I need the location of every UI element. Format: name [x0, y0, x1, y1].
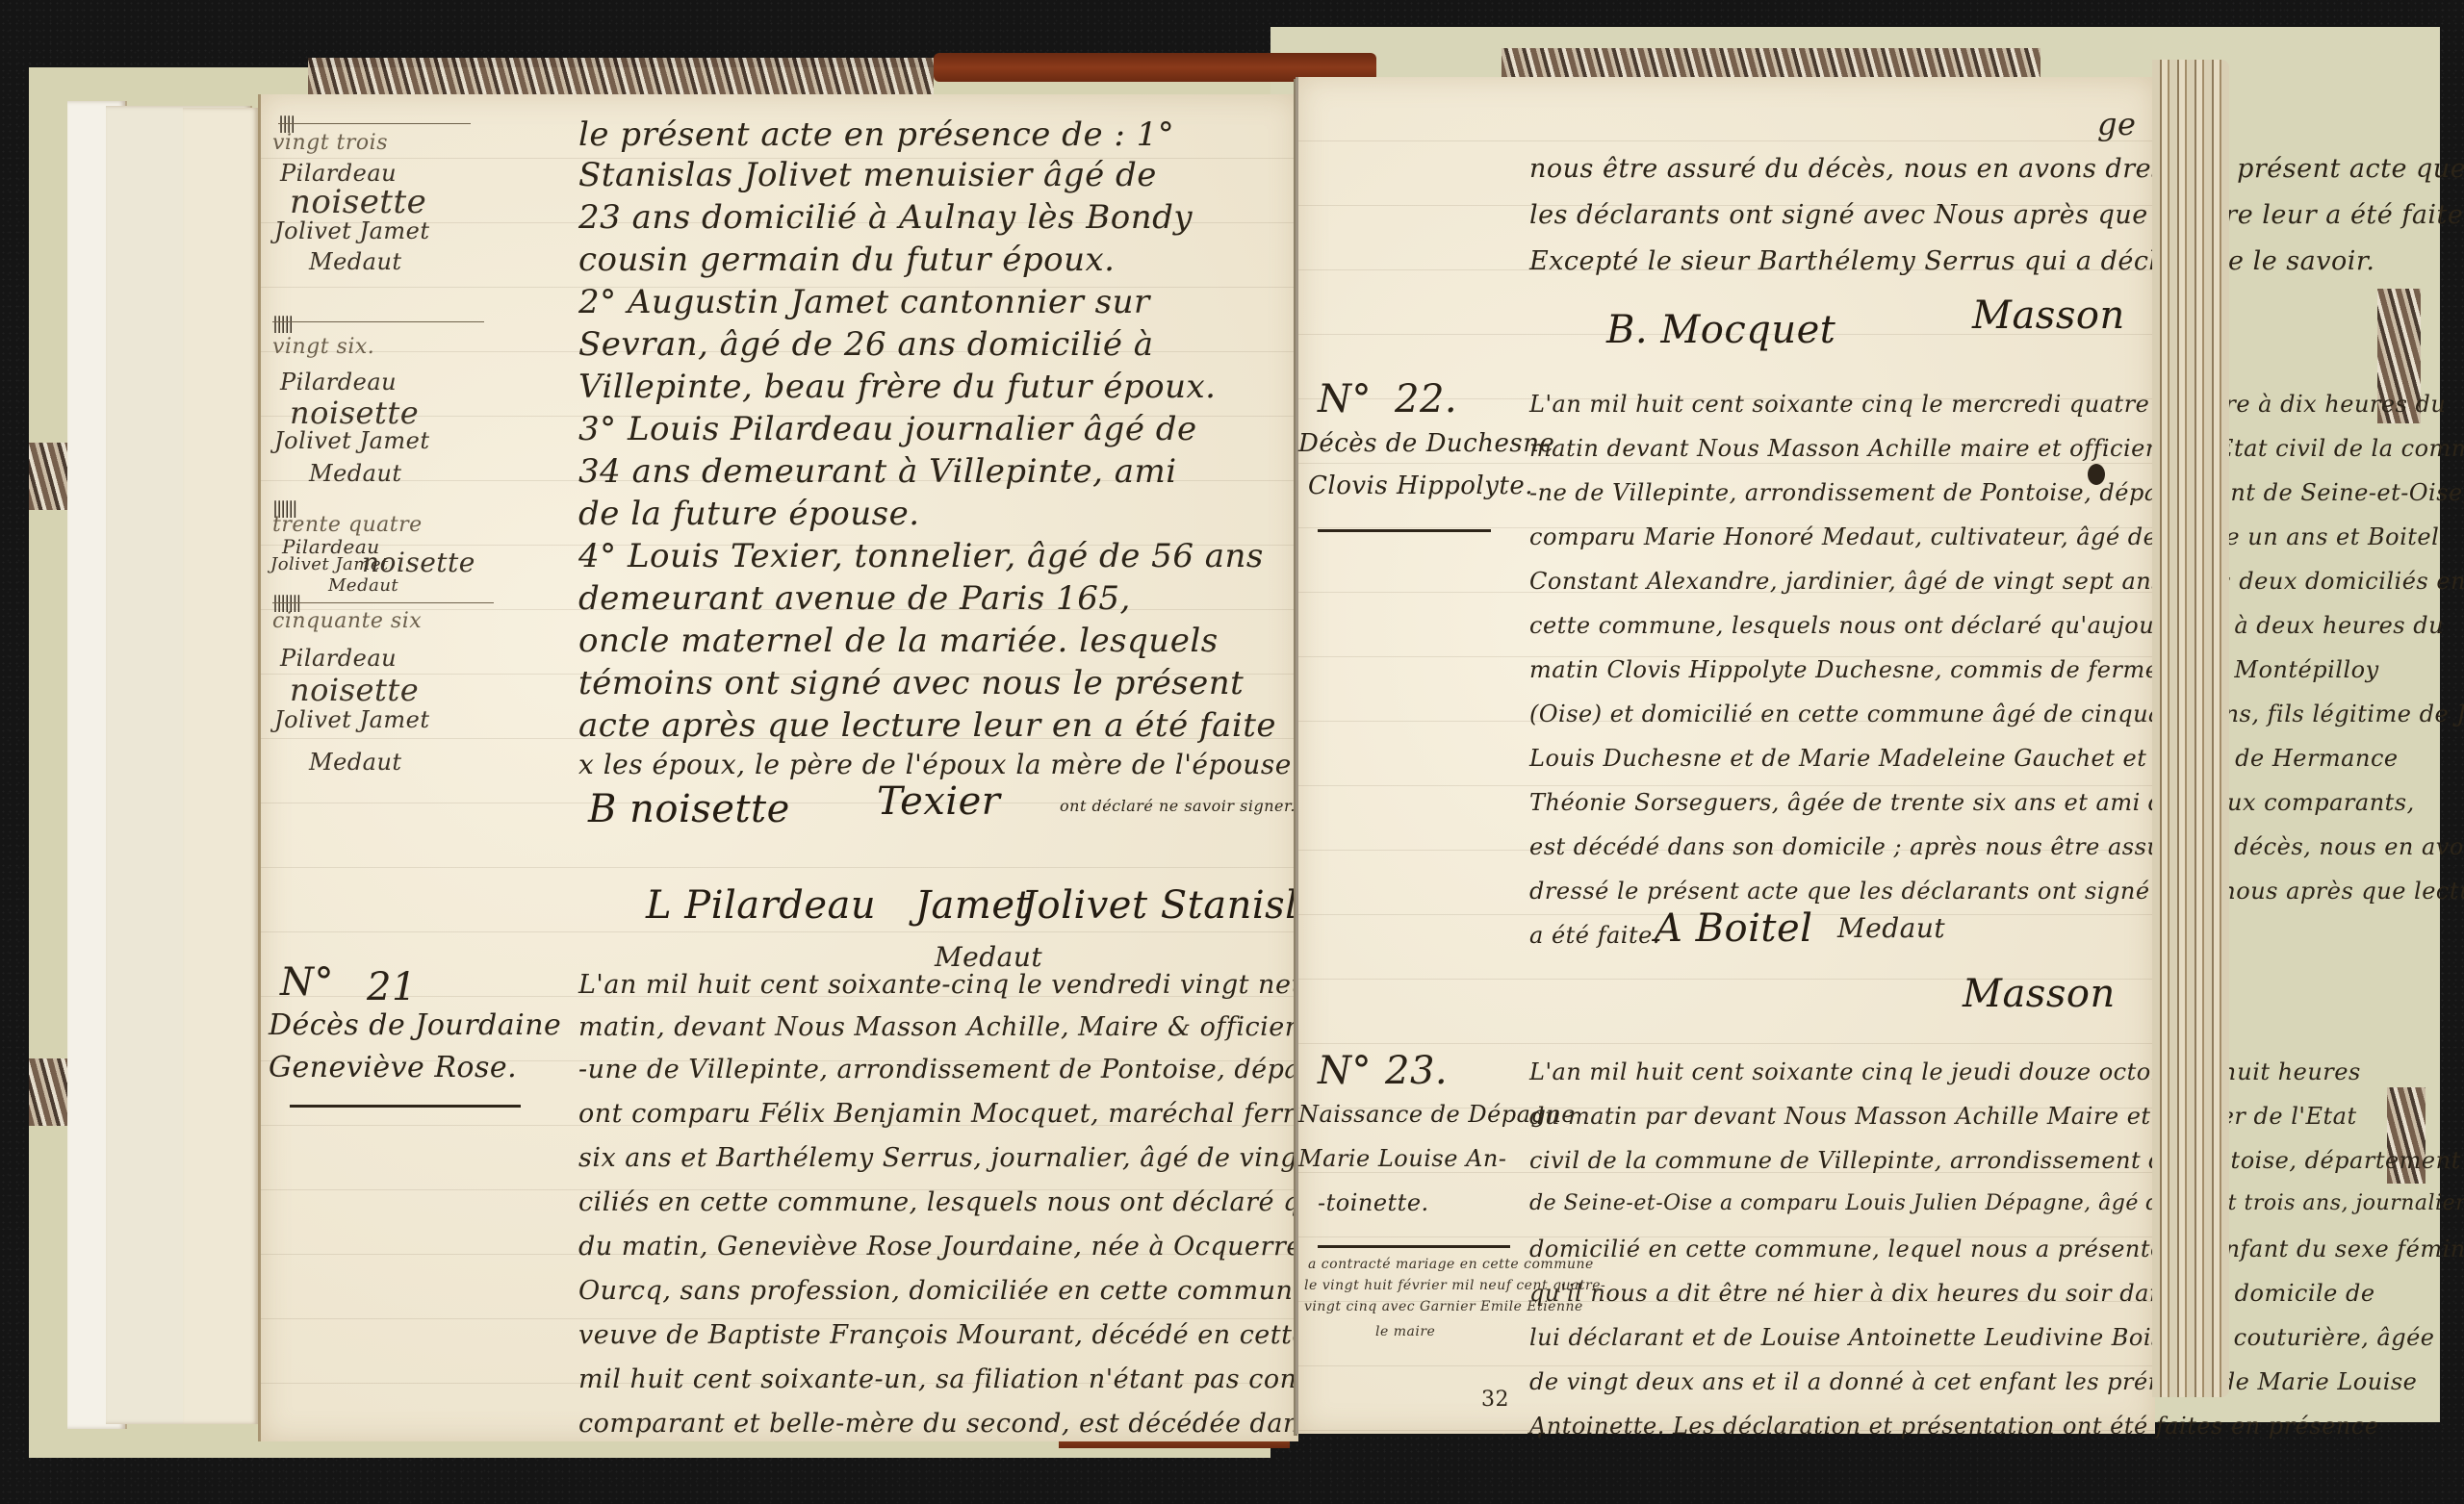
text-line: du matin par devant Nous Masson Achille …	[1529, 1103, 2357, 1130]
margin-signature: Jolivet Jamet	[274, 427, 430, 454]
signature: Jamet	[915, 883, 1031, 928]
page-number: 32	[1481, 1388, 1509, 1412]
text-line: ont déclaré ne savoir signer.	[1060, 797, 1296, 815]
divider	[272, 321, 484, 322]
text-line: oncle maternel de la mariée. lesquels	[578, 622, 1219, 660]
margin-signature: noisette	[362, 547, 475, 578]
text-line: de Seine-et-Oise a comparu Louis Julien …	[1529, 1191, 2464, 1215]
annotation-signature: le maire	[1375, 1324, 1435, 1339]
margin-signature: Medaut	[309, 248, 402, 275]
text-line: cette commune, lesquels nous ont déclaré…	[1529, 612, 2444, 639]
entry-title: Décès de Duchesne	[1298, 429, 1554, 458]
text-line: qu'il nous a dit être né hier à dix heur…	[1529, 1280, 2375, 1307]
text-line: Sevran, âgé de 26 ans domicilié à	[578, 325, 1154, 364]
text-line: témoins ont signé avec nous le présent	[578, 664, 1244, 702]
entry-title: -toinette.	[1318, 1189, 1429, 1216]
entry-title: Geneviève Rose.	[269, 1051, 517, 1084]
folded-leaf-inner	[183, 108, 260, 1424]
text-line: est décédé dans son domicile ; après nou…	[1529, 833, 2464, 860]
text-line: de vingt deux ans et il a donné à cet en…	[1529, 1368, 2417, 1395]
signature: B noisette	[588, 787, 790, 831]
signature: Medaut	[1837, 912, 1945, 944]
text-line: Excepté le sieur Barthélemy Serrus qui a…	[1529, 246, 2374, 276]
margin-signature: Medaut	[309, 460, 402, 487]
marbled-corner-left	[29, 443, 72, 510]
text-line: lui déclarant et de Louise Antoinette Le…	[1529, 1324, 2434, 1351]
text-line: 4° Louis Texier, tonnelier, âgé de 56 an…	[578, 537, 1264, 575]
signature: L Pilardeau	[646, 883, 876, 928]
margin-signature: Medaut	[328, 575, 398, 596]
text-line: Théonie Sorseguers, âgée de trente six a…	[1529, 789, 2415, 816]
divider	[278, 123, 471, 124]
margin-note-number: vingt trois	[272, 131, 388, 155]
text-line: nous être assuré du décès, nous en avons…	[1529, 154, 2464, 184]
margin-signature: Medaut	[309, 749, 402, 776]
text-line: 3° Louis Pilardeau journalier âgé de	[578, 410, 1197, 448]
text-line: dressé le présent acte que les déclarant…	[1529, 878, 2464, 905]
marbled-endpaper-top-left	[308, 58, 934, 96]
signature: A Boitel	[1655, 906, 1812, 951]
corner-mark: ge	[2097, 106, 2136, 142]
entry-title: Décès de Jourdaine	[269, 1008, 561, 1042]
signature-mayor: Masson	[1972, 293, 2125, 338]
margin-signature: noisette	[290, 672, 419, 708]
right-page-stack-edges	[2152, 60, 2229, 1397]
signature: B. Mocquet	[1606, 308, 1835, 352]
margin-signature: noisette	[290, 183, 426, 221]
text-line: L'an mil huit cent soixante cinq le jeud…	[1529, 1058, 2361, 1085]
text-line: matin devant Nous Masson Achille maire e…	[1529, 435, 2464, 462]
text-line: Antoinette. Les déclaration et présentat…	[1529, 1413, 2378, 1440]
text-line: de la future épouse.	[578, 495, 920, 533]
entry-number: 21	[367, 965, 417, 1009]
text-line: demeurant avenue de Paris 165,	[578, 579, 1131, 618]
text-line: 34 ans demeurant à Villepinte, ami	[578, 452, 1177, 491]
text-line: le présent acte en présence de : 1°	[578, 115, 1174, 154]
entry-number: 22.	[1395, 377, 1457, 421]
left-page: |||| vingt trois Pilardeau noisette Joli…	[258, 94, 1298, 1441]
text-line: acte après que lecture leur en a été fai…	[578, 706, 1276, 745]
entry-number-label: N°	[280, 960, 334, 1005]
signature: Texier	[877, 779, 1000, 824]
ink-blot	[2088, 464, 2105, 485]
margin-signature: noisette	[290, 395, 419, 431]
margin-signature: Jolivet Jamet	[274, 217, 430, 244]
signature-mayor: Masson	[1963, 972, 2116, 1016]
entry-underline	[1318, 1245, 1510, 1248]
margin-note-number: vingt six.	[272, 335, 374, 359]
text-line: Louis Duchesne et de Marie Madeleine Gau…	[1529, 745, 2399, 772]
tally-mark: |||||	[272, 314, 292, 334]
text-line: Villepinte, beau frère du futur époux.	[578, 368, 1216, 406]
text-line: L'an mil huit cent soixante cinq le merc…	[1529, 391, 2446, 418]
entry-underline	[290, 1105, 521, 1108]
right-page: ge nous être assuré du décès, nous en av…	[1296, 77, 2155, 1434]
entry-title: Clovis Hippolyte.	[1308, 472, 1533, 500]
text-line: -ne de Villepinte, arrondissement de Pon…	[1529, 479, 2464, 506]
entry-number-label: N°	[1318, 1049, 1372, 1093]
text-line: domicilié en cette commune, lequel nous …	[1529, 1236, 2464, 1262]
margin-note-number: trente quatre	[272, 513, 423, 537]
divider	[272, 602, 494, 603]
marbled-endpaper-top-right	[1501, 48, 2040, 77]
signature-mayor: Medaut	[935, 941, 1042, 973]
text-line: (Oise) et domicilié en cette commune âgé…	[1529, 701, 2464, 727]
text-line: x les époux, le père de l'époux la mère …	[578, 749, 1292, 780]
text-line: matin Clovis Hippolyte Duchesne, commis …	[1529, 656, 2379, 683]
entry-underline	[1318, 529, 1491, 532]
entry-title: Marie Louise An-	[1298, 1145, 1506, 1172]
entry-number: 23.	[1385, 1049, 1448, 1093]
text-line: 23 ans domicilié à Aulnay lès Bondy	[578, 198, 1193, 237]
text-line: comparu Marie Honoré Medaut, cultivateur…	[1529, 523, 2439, 550]
margin-signature: Jolivet Jamet	[274, 706, 430, 733]
text-line: 2° Augustin Jamet cantonnier sur	[578, 283, 1150, 321]
text-line: cousin germain du futur époux.	[578, 241, 1115, 279]
text-line: Constant Alexandre, jardinier, âgé de vi…	[1529, 568, 2464, 595]
entry-number-label: N°	[1318, 377, 1372, 421]
text-line: a été faite.	[1529, 922, 1660, 949]
margin-signature: Pilardeau	[280, 369, 397, 395]
margin-signature: Pilardeau	[280, 645, 397, 672]
text-line: Stanislas Jolivet menuisier âgé de	[578, 156, 1157, 194]
text-line: les déclarants ont signé avec Nous après…	[1529, 200, 2464, 230]
margin-note-number: cinquante six	[272, 609, 422, 633]
text-line: civil de la commune de Villepinte, arron…	[1529, 1147, 2461, 1174]
